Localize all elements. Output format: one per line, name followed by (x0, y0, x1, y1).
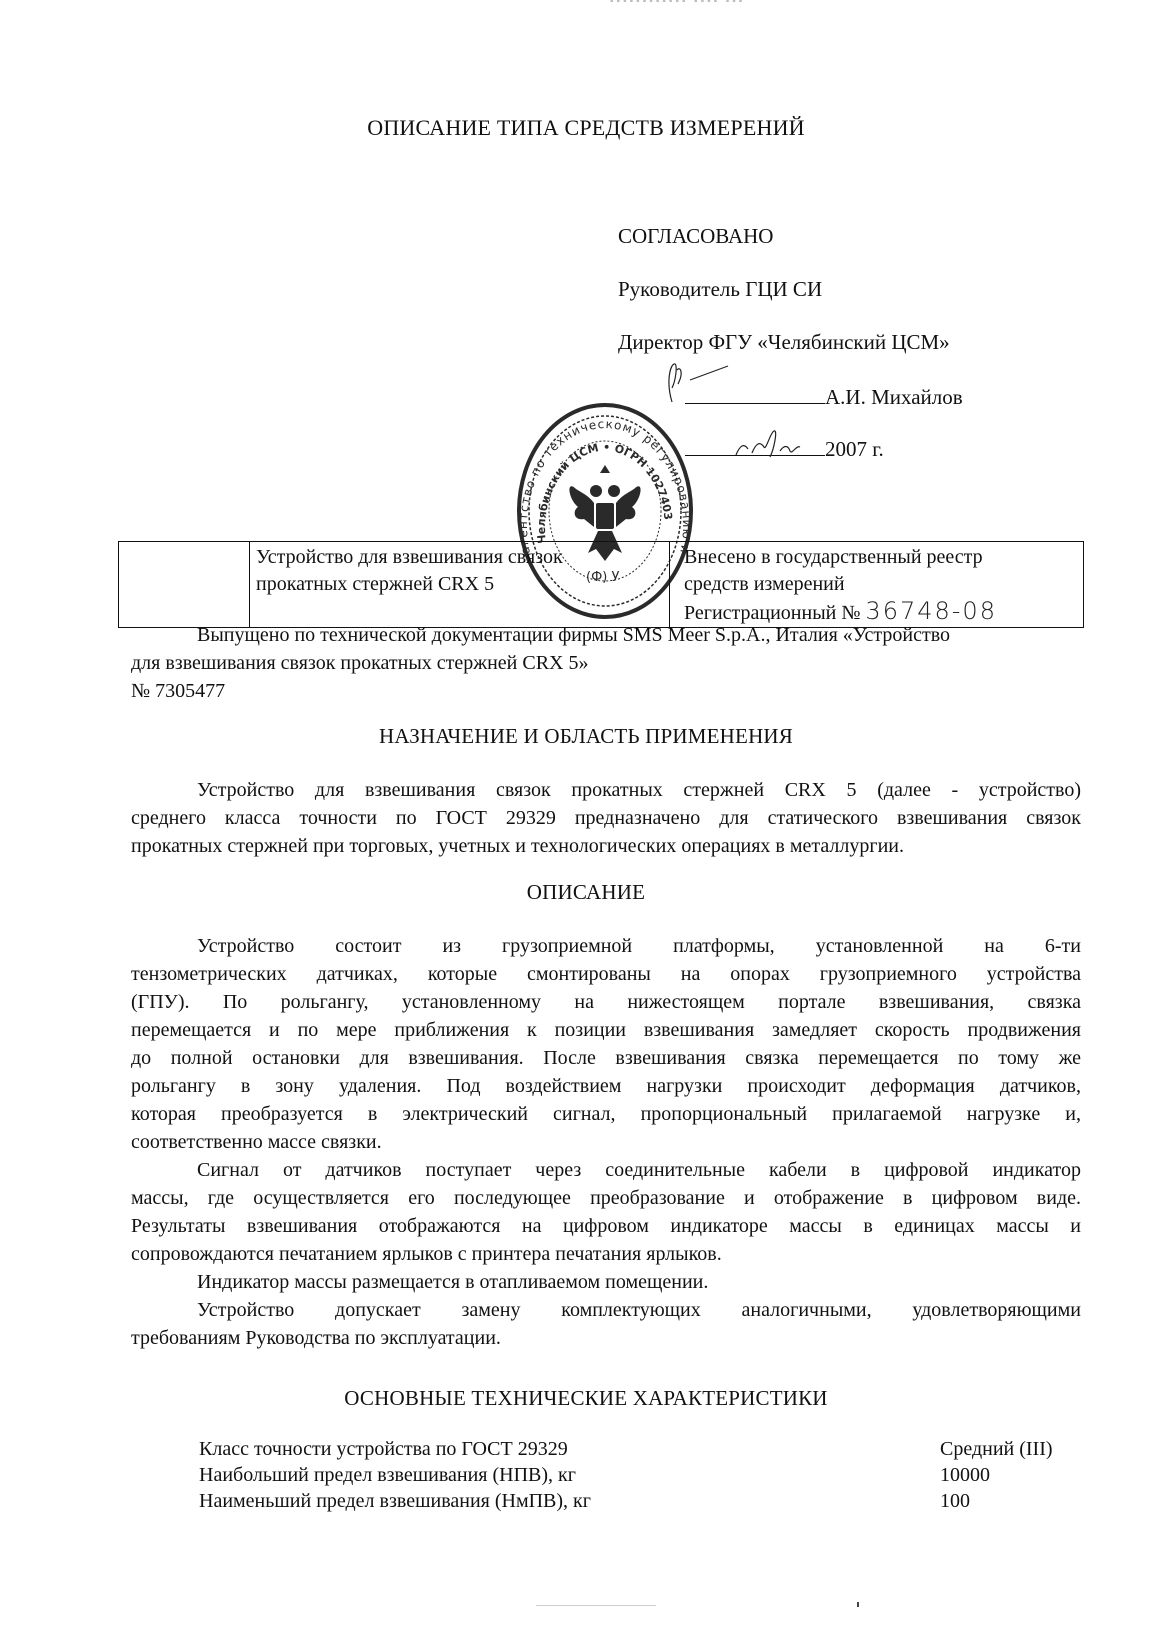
description-line: массы, где осуществляется его последующе… (131, 1184, 1081, 1212)
signatory-name: А.И. Михайлов (825, 385, 963, 409)
description-line: требованиям Руководства по эксплуатации. (131, 1324, 1081, 1352)
approval-heading: СОГЛАСОВАНО (618, 224, 773, 249)
issued-line-3: № 7305477 (131, 677, 1081, 705)
signature-icon (660, 362, 740, 408)
description-line: Сигнал от датчиков поступает через соеди… (131, 1156, 1081, 1184)
approval-role-1: Руководитель ГЦИ СИ (618, 277, 822, 302)
description-line: до полной остановки для взвешивания. Пос… (131, 1044, 1081, 1072)
description-paragraphs: Устройство состоит из грузоприемной плат… (131, 932, 1081, 1352)
device-name-line-1: Устройство для взвешивания связок (256, 544, 669, 571)
document-title: ОПИСАНИЕ ТИПА СРЕДСТВ ИЗМЕРЕНИЙ (0, 115, 1172, 141)
description-line: рольгангу в зону удаления. Под воздейств… (131, 1072, 1081, 1100)
description-line: сопровождаются печатанием ярлыков с прин… (131, 1240, 1081, 1268)
spec-row: Класс точности устройства по ГОСТ 29329 … (199, 1436, 1079, 1462)
spec-row: Наибольший предел взвешивания (НПВ), кг … (199, 1462, 1079, 1488)
spec-label: Класс точности устройства по ГОСТ 29329 (199, 1438, 568, 1460)
spec-row: Наименьший предел взвешивания (НмПВ), кг… (199, 1488, 1079, 1514)
section-heading-description: ОПИСАНИЕ (0, 880, 1172, 905)
purpose-paragraph: Устройство для взвешивания связок прокат… (131, 776, 1081, 860)
description-line: перемещается и по мере приближения к поз… (131, 1016, 1081, 1044)
purpose-line: Устройство для взвешивания связок прокат… (131, 776, 1081, 804)
issued-line-1: Выпущено по технической документации фир… (131, 621, 1081, 649)
description-line: соответственно массе связки. (131, 1128, 1081, 1156)
purpose-line: прокатных стержней при торговых, учетных… (131, 832, 1081, 860)
description-line: которая преобразуется в электрический си… (131, 1100, 1081, 1128)
description-line: Индикатор массы размещается в отапливаем… (131, 1268, 1081, 1296)
section-heading-purpose: НАЗНАЧЕНИЕ И ОБЛАСТЬ ПРИМЕНЕНИЯ (0, 724, 1172, 749)
registry-table-register-cell: Внесено в государственный реестр средств… (670, 542, 1084, 628)
description-line: Устройство допускает замену комплектующи… (131, 1296, 1081, 1324)
issued-by-paragraph: Выпущено по технической документации фир… (131, 621, 1081, 705)
approval-role-2: Директор ФГУ «Челябинский ЦСМ» (618, 330, 950, 355)
registry-table-empty-cell (119, 542, 250, 628)
spec-value: 100 (940, 1488, 970, 1514)
device-name-line-2: прокатных стержней CRX 5 (256, 571, 669, 598)
spec-value: 10000 (940, 1462, 990, 1488)
spec-label: Наименьший предел взвешивания (НмПВ), кг (199, 1490, 591, 1512)
description-line: (ГПУ). По рольгангу, установленному на н… (131, 988, 1081, 1016)
specs-table: Класс точности устройства по ГОСТ 29329 … (199, 1436, 1079, 1514)
description-line: Устройство состоит из грузоприемной плат… (131, 932, 1081, 960)
scan-artifact-text: ▪▪▪▪▪▪▪▪▪▪▪▪ ▪▪▪▪ ▪▪▪ (610, 0, 745, 7)
spec-value: Средний (III) (940, 1436, 1053, 1462)
scan-artifact-line (536, 1605, 656, 1606)
issued-line-2: для взвешивания связок прокатных стержне… (131, 649, 1081, 677)
section-heading-specs: ОСНОВНЫЕ ТЕХНИЧЕСКИЕ ХАРАКТЕРИСТИКИ (0, 1386, 1172, 1411)
registry-table-device-cell: Устройство для взвешивания связок прокат… (250, 542, 670, 628)
handwritten-date-icon (730, 425, 830, 465)
registry-table: Устройство для взвешивания связок прокат… (118, 541, 1084, 628)
register-line-2: средств измерений (684, 571, 1083, 598)
purpose-line: среднего класса точности по ГОСТ 29329 п… (131, 804, 1081, 832)
scan-artifact-mark (857, 1602, 859, 1607)
description-line: Результаты взвешивания отображаются на ц… (131, 1212, 1081, 1240)
approval-year: 2007 г. (825, 437, 884, 461)
register-line-1: Внесено в государственный реестр (684, 544, 1083, 571)
spec-label: Наибольший предел взвешивания (НПВ), кг (199, 1464, 576, 1486)
description-line: тензометрических датчиках, которые смонт… (131, 960, 1081, 988)
